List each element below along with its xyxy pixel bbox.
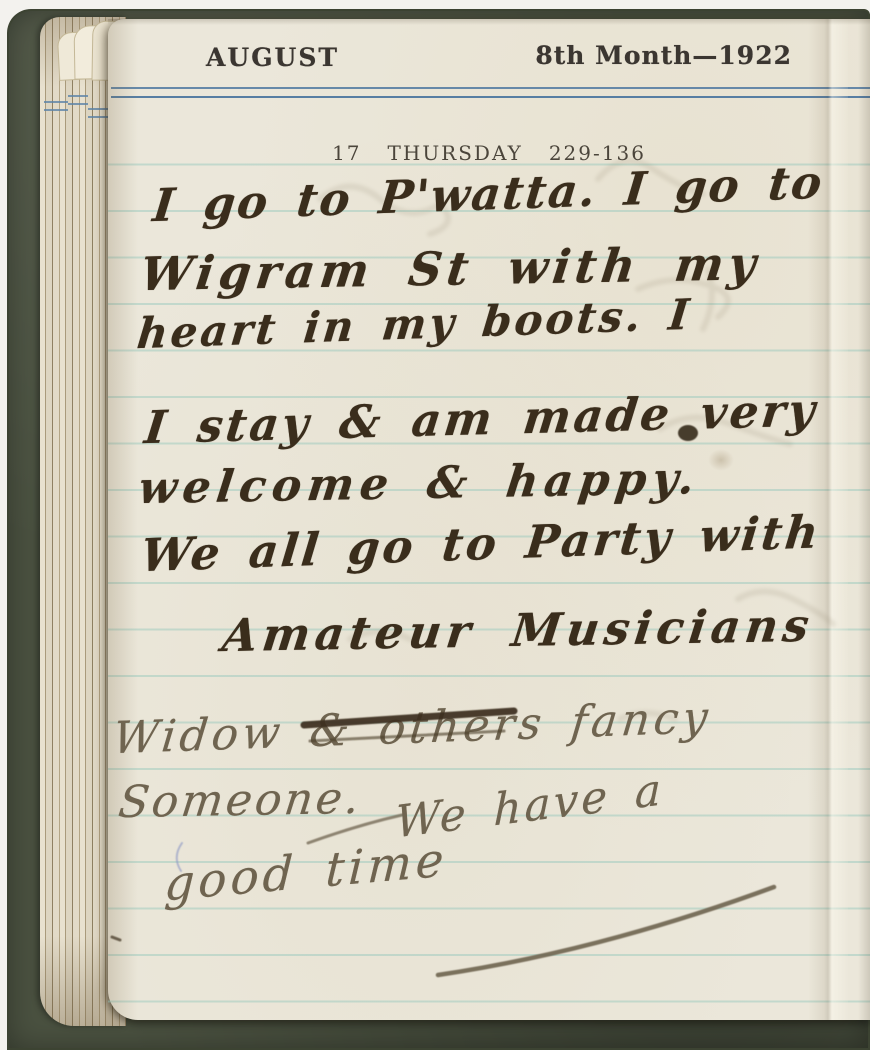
page-shadow [858,19,870,1020]
handwriting-line-9: Someone. [116,773,365,828]
page-shadow [108,19,138,1020]
date-weekday: THURSDAY [388,141,523,165]
edge-rule-mark [44,101,68,103]
handwriting-line-7: Amateur Musicians [219,599,816,662]
edge-rule-mark [44,109,68,111]
header-rule-line [111,87,870,89]
page-shadow [108,19,870,25]
header-rule-line [111,96,870,98]
page-stain [708,449,734,471]
diary-page: AUGUST 8th Month—1922 17 THURSDAY 229-13… [108,19,870,1020]
month-label: AUGUST [206,43,339,72]
diary-photograph: AUGUST 8th Month—1922 17 THURSDAY 229-13… [0,0,870,1050]
handwriting-line-5: welcome & happy. [136,453,704,514]
edge-rule-mark [68,103,88,105]
edge-rule-mark [68,95,88,97]
edge-rule-mark [88,116,108,118]
date-day: 17 [332,141,361,165]
edge-rule-mark [88,108,108,110]
month-info-label: 8th Month—1922 [535,41,792,70]
